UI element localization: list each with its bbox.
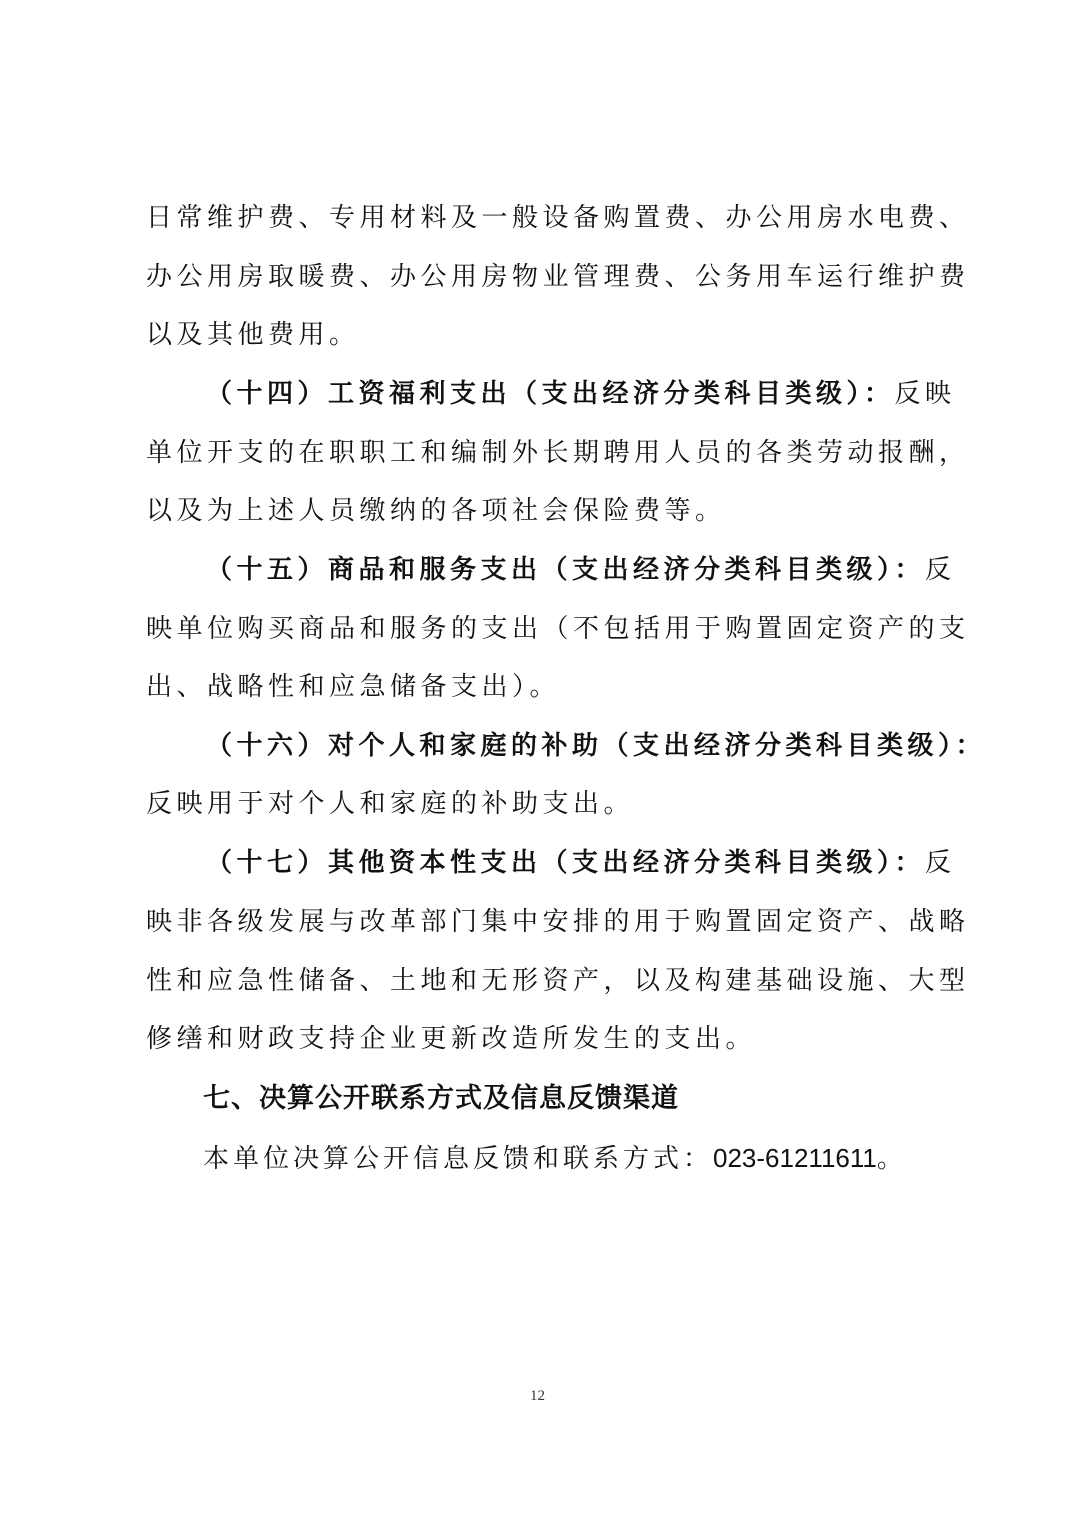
item-14-first-line: （十四）工资福利支出（支出经济分类科目类级）：反映 [206,377,1006,411]
item-14-title: （十四）工资福利支出（支出经济分类科目类级）： [206,379,895,409]
paragraph-line: 映非各级发展与改革部门集中安排的用于购置固定资产、战略 [146,905,946,939]
contact-label: 本单位决算公开信息反馈和联系方式： [203,1144,713,1174]
paragraph-line: 以及为上述人员缴纳的各项社会保险费等。 [146,494,946,528]
item-17-first-line: （十七）其他资本性支出（支出经济分类科目类级）：反 [206,846,1006,880]
paragraph-line: 日常维护费、专用材料及一般设备购置费、办公用房水电费、 [146,201,946,235]
paragraph-line: 反映用于对个人和家庭的补助支出。 [146,787,946,821]
paragraph-line: 出、战略性和应急储备支出）。 [146,670,946,704]
contact-phone: 023-61211611 [713,1143,877,1173]
item-15-first-line: （十五）商品和服务支出（支出经济分类科目类级）：反 [206,553,1006,587]
paragraph-line: 修缮和财政支持企业更新改造所发生的支出。 [146,1022,946,1056]
contact-line: 本单位决算公开信息反馈和联系方式：023-61211611。 [203,1141,907,1176]
item-15-title: （十五）商品和服务支出（支出经济分类科目类级）： [206,555,925,585]
item-16-title: （十六）对个人和家庭的补助（支出经济分类科目类级）： [206,731,986,761]
paragraph-line: 映单位购买商品和服务的支出（不包括用于购置固定资产的支 [146,612,946,646]
section-heading: 七、决算公开联系方式及信息反馈渠道 [203,1082,679,1116]
item-17-title: （十七）其他资本性支出（支出经济分类科目类级）： [206,848,925,878]
paragraph-line: 性和应急性储备、土地和无形资产，以及构建基础设施、大型 [146,964,946,998]
page-number: 12 [0,1388,1075,1405]
paragraph-line: 单位开支的在职职工和编制外长期聘用人员的各类劳动报酬， [146,436,946,470]
item-16-first-line: （十六）对个人和家庭的补助（支出经济分类科目类级）： [206,729,1006,763]
paragraph-line: 以及其他费用。 [146,318,946,352]
paragraph-line: 办公用房取暖费、办公用房物业管理费、公务用车运行维护费 [146,260,946,294]
